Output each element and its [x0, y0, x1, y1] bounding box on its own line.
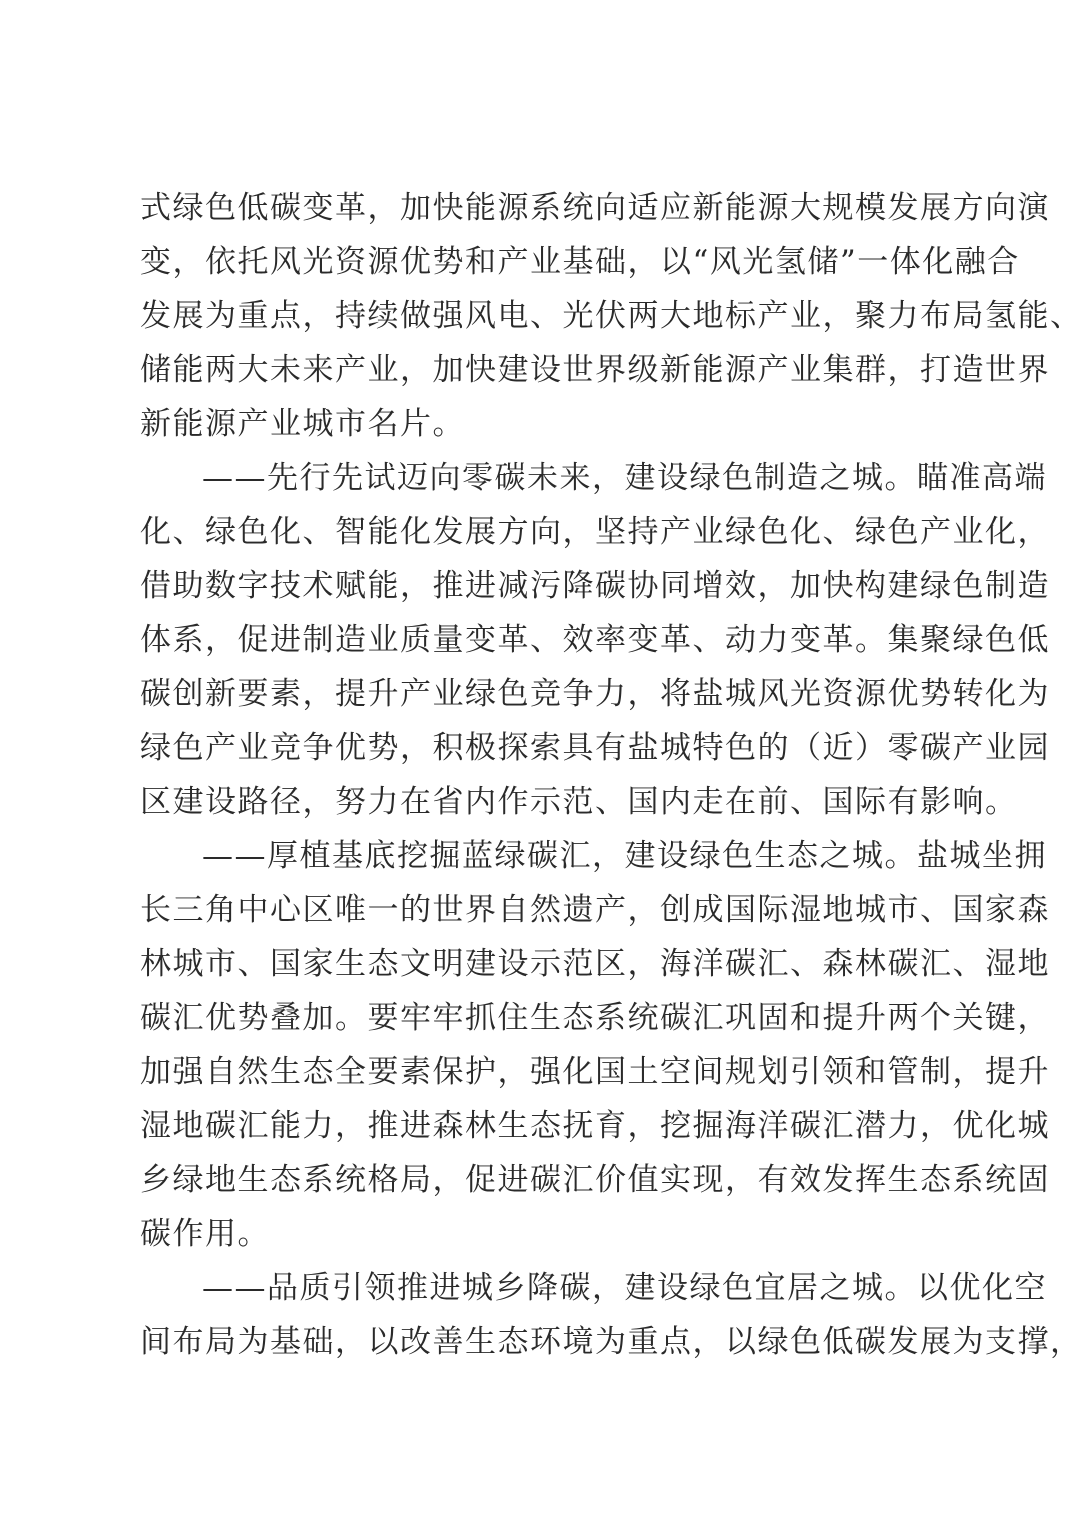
section-heading-line: ——先行先试迈向零碳未来，建设绿色制造之城。瞄准高端 — [202, 458, 1047, 498]
text-line: 湿地碳汇能力，推进森林生态抚育，挖掘海洋碳汇潜力，优化城 — [140, 1106, 1050, 1146]
text-line: 乡绿地生态系统格局，促进碳汇价值实现，有效发挥生态系统固 — [140, 1160, 1050, 1200]
text-line: 碳作用。 — [140, 1214, 270, 1254]
text-line: 碳汇优势叠加。要牢牢抓住生态系统碳汇巩固和提升两个关键， — [140, 998, 1050, 1038]
text-line: 新能源产业城市名片。 — [140, 404, 465, 444]
text-line: 碳创新要素，提升产业绿色竞争力，将盐城风光资源优势转化为 — [140, 674, 1050, 714]
section-heading-line: ——品质引领推进城乡降碳，建设绿色宜居之城。以优化空 — [202, 1268, 1047, 1308]
text-line: 间布局为基础，以改善生态环境为重点，以绿色低碳发展为支撑， — [140, 1322, 1080, 1362]
section-heading-line: ——厚植基底挖掘蓝绿碳汇，建设绿色生态之城。盐城坐拥 — [202, 836, 1047, 876]
text-line: 化、绿色化、智能化发展方向，坚持产业绿色化、绿色产业化， — [140, 512, 1050, 552]
text-line: 加强自然生态全要素保护，强化国土空间规划引领和管制，提升 — [140, 1052, 1050, 1092]
text-line: 绿色产业竞争优势，积极探索具有盐城特色的（近）零碳产业园 — [140, 728, 1050, 768]
text-line: 林城市、国家生态文明建设示范区，海洋碳汇、森林碳汇、湿地 — [140, 944, 1050, 984]
text-line: 变，依托风光资源优势和产业基础，以“风光氢储”一体化融合 — [140, 242, 1020, 282]
text-line: 区建设路径，努力在省内作示范、国内走在前、国际有影响。 — [140, 782, 1018, 822]
text-line: 长三角中心区唯一的世界自然遗产，创成国际湿地城市、国家森 — [140, 890, 1050, 930]
text-line: 体系，促进制造业质量变革、效率变革、动力变革。集聚绿色低 — [140, 620, 1050, 660]
text-line: 储能两大未来产业，加快建设世界级新能源产业集群，打造世界 — [140, 350, 1050, 390]
text-line: 式绿色低碳变革，加快能源系统向适应新能源大规模发展方向演 — [140, 188, 1050, 228]
text-line: 借助数字技术赋能，推进减污降碳协同增效，加快构建绿色制造 — [140, 566, 1050, 606]
text-line: 发展为重点，持续做强风电、光伏两大地标产业，聚力布局氢能、 — [140, 296, 1080, 336]
